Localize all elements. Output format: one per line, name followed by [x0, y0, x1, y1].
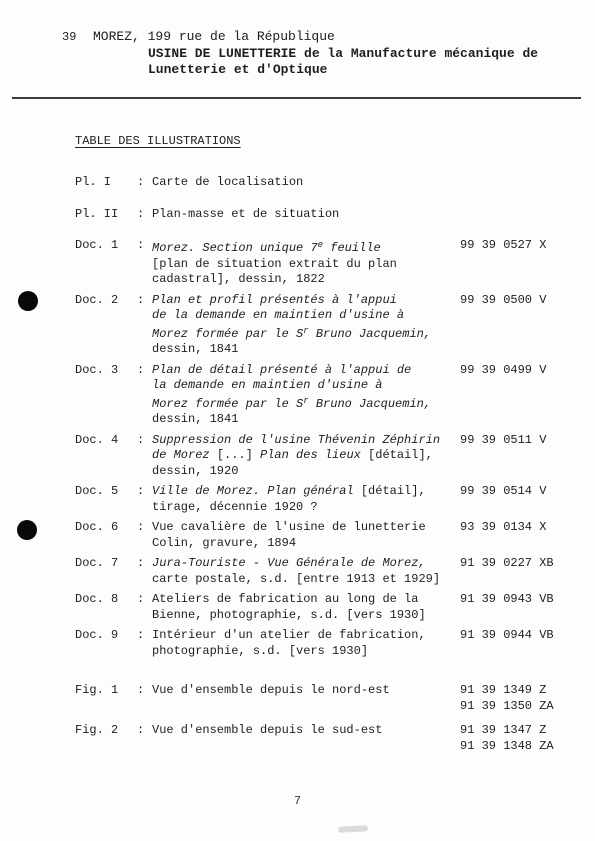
entry-label: Doc. 7 [75, 556, 137, 572]
entry-reference-codes: 99 39 0499 V [460, 363, 587, 379]
entry-label: Fig. 1 [75, 683, 137, 699]
description-line: Ville de Morez. Plan général [détail], [152, 484, 460, 500]
entry-label: Doc. 4 [75, 433, 137, 449]
entry-description: Ateliers de fabrication au long de laBie… [152, 592, 460, 623]
scan-artifact-mark [338, 825, 368, 833]
reference-code: 99 39 0499 V [460, 363, 587, 379]
description-line: Plan et profil présentés à l'appui [152, 293, 460, 309]
punch-hole-mark-bottom [17, 520, 37, 540]
entry-separator: : [137, 207, 152, 223]
entry-label: Doc. 5 [75, 484, 137, 500]
entry-reference-codes: 91 39 0944 VB [460, 628, 587, 644]
reference-code: 91 39 0943 VB [460, 592, 587, 608]
dossier-index: 39 [62, 29, 76, 46]
entry-separator: : [137, 556, 152, 572]
entry-reference-codes: 99 39 0527 X [460, 238, 587, 254]
entry-description: Vue d'ensemble depuis le nord-est [152, 683, 460, 699]
description-line: carte postale, s.d. [entre 1913 et 1929] [152, 572, 460, 588]
entry-separator: : [137, 484, 152, 500]
entry-separator: : [137, 175, 152, 191]
description-line: la demande en maintien d'usine à [152, 378, 460, 394]
entry-doc-3: Doc. 3:Plan de détail présenté à l'appui… [75, 363, 587, 428]
entry-description: Vue cavalière de l'usine de lunetterieCo… [152, 520, 460, 551]
entry-description: Suppression de l'usine Thévenin Zéphirin… [152, 433, 460, 480]
description-line: Plan-masse et de situation [152, 207, 460, 223]
site-title-line-2: Lunetterie et d'Optique [148, 62, 578, 79]
entry-doc-7: Doc. 7:Jura-Touriste - Vue Générale de M… [75, 556, 587, 587]
entry-description: Plan de détail présenté à l'appui dela d… [152, 363, 460, 428]
entry-doc-9: Doc. 9:Intérieur d'un atelier de fabrica… [75, 628, 587, 659]
entry-doc-6: Doc. 6:Vue cavalière de l'usine de lunet… [75, 520, 587, 551]
entry-description: Morez. Section unique 7e feuille[plan de… [152, 238, 460, 288]
site-title-line-1: USINE DE LUNETTERIE de la Manufacture mé… [148, 46, 578, 63]
entry-reference-codes: 91 39 1349 Z91 39 1350 ZA [460, 683, 587, 714]
entry-description: Intérieur d'un atelier de fabrication,ph… [152, 628, 460, 659]
description-line: Morez. Section unique 7e feuille [152, 238, 460, 257]
entry-fig-2: Fig. 2:Vue d'ensemble depuis le sud-est9… [75, 723, 587, 754]
site-title: USINE DE LUNETTERIE de la Manufacture mé… [148, 46, 578, 79]
entry-label: Fig. 2 [75, 723, 137, 739]
reference-code: 99 39 0514 V [460, 484, 587, 500]
entry-description: Plan-masse et de situation [152, 207, 460, 223]
reference-code: 91 39 0944 VB [460, 628, 587, 644]
entry-doc-2: Doc. 2:Plan et profil présentés à l'appu… [75, 293, 587, 358]
description-line: Intérieur d'un atelier de fabrication, [152, 628, 460, 644]
entry-pl-i: Pl. I:Carte de localisation [75, 175, 587, 191]
description-line: Morez formée par le Sr Bruno Jacquemin, [152, 394, 460, 413]
entry-reference-codes: 91 39 0227 XB [460, 556, 587, 572]
reference-code: 91 39 1348 ZA [460, 739, 587, 755]
entry-reference-codes: 99 39 0500 V [460, 293, 587, 309]
reference-code: 91 39 1349 Z [460, 683, 587, 699]
entry-reference-codes: 93 39 0134 X [460, 520, 587, 536]
entry-separator: : [137, 520, 152, 536]
scanned-document-page: 39 MOREZ, 199 rue de la République USINE… [0, 0, 595, 841]
entry-description: Vue d'ensemble depuis le sud-est [152, 723, 460, 739]
entry-label: Doc. 8 [75, 592, 137, 608]
entry-separator: : [137, 683, 152, 699]
entry-separator: : [137, 628, 152, 644]
entry-description: Plan et profil présentés à l'appuide la … [152, 293, 460, 358]
site-address: MOREZ, 199 rue de la République [93, 29, 335, 46]
entry-fig-1: Fig. 1:Vue d'ensemble depuis le nord-est… [75, 683, 587, 714]
description-line: Carte de localisation [152, 175, 460, 191]
entry-description: Jura-Touriste - Vue Générale de Morez,ca… [152, 556, 460, 587]
description-line: dessin, 1920 [152, 464, 460, 480]
description-line: cadastral], dessin, 1822 [152, 272, 460, 288]
entry-separator: : [137, 723, 152, 739]
entry-doc-1: Doc. 1:Morez. Section unique 7e feuille[… [75, 238, 587, 288]
description-line: tirage, décennie 1920 ? [152, 500, 460, 516]
entry-label: Doc. 1 [75, 238, 137, 254]
reference-code: 99 39 0500 V [460, 293, 587, 309]
description-line: Plan de détail présenté à l'appui de [152, 363, 460, 379]
reference-code: 99 39 0511 V [460, 433, 587, 449]
entry-reference-codes: 91 39 1347 Z91 39 1348 ZA [460, 723, 587, 754]
entry-description: Ville de Morez. Plan général [détail],ti… [152, 484, 460, 515]
description-line: de la demande en maintien d'usine à [152, 308, 460, 324]
entry-separator: : [137, 238, 152, 254]
entry-reference-codes: 99 39 0511 V [460, 433, 587, 449]
description-line: dessin, 1841 [152, 412, 460, 428]
entry-description: Carte de localisation [152, 175, 460, 191]
entry-doc-8: Doc. 8:Ateliers de fabrication au long d… [75, 592, 587, 623]
entry-separator: : [137, 363, 152, 379]
reference-code: 99 39 0527 X [460, 238, 587, 254]
entry-label: Pl. I [75, 175, 137, 191]
reference-code: 91 39 1347 Z [460, 723, 587, 739]
description-line: Vue d'ensemble depuis le nord-est [152, 683, 460, 699]
entry-label: Doc. 3 [75, 363, 137, 379]
description-line: dessin, 1841 [152, 342, 460, 358]
reference-code: 91 39 1350 ZA [460, 699, 587, 715]
description-line: photographie, s.d. [vers 1930] [152, 644, 460, 660]
description-line: Ateliers de fabrication au long de la [152, 592, 460, 608]
description-line: Vue d'ensemble depuis le sud-est [152, 723, 460, 739]
entry-separator: : [137, 293, 152, 309]
entry-label: Pl. II [75, 207, 137, 223]
entry-label: Doc. 9 [75, 628, 137, 644]
entry-doc-4: Doc. 4:Suppression de l'usine Thévenin Z… [75, 433, 587, 480]
entry-doc-5: Doc. 5:Ville de Morez. Plan général [dét… [75, 484, 587, 515]
entry-reference-codes: 99 39 0514 V [460, 484, 587, 500]
description-line: [plan de situation extrait du plan [152, 257, 460, 273]
reference-code: 93 39 0134 X [460, 520, 587, 536]
entry-label: Doc. 6 [75, 520, 137, 536]
page-number: 7 [0, 794, 595, 810]
header-divider [12, 97, 581, 99]
description-line: Vue cavalière de l'usine de lunetterie [152, 520, 460, 536]
punch-hole-mark-top [18, 291, 38, 311]
description-line: Colin, gravure, 1894 [152, 536, 460, 552]
description-line: de Morez [...] Plan des lieux [détail], [152, 448, 460, 464]
description-line: Suppression de l'usine Thévenin Zéphirin [152, 433, 460, 449]
entry-separator: : [137, 592, 152, 608]
illustrations-list: Pl. I:Carte de localisationPl. II:Plan-m… [75, 175, 587, 763]
reference-code: 91 39 0227 XB [460, 556, 587, 572]
entry-separator: : [137, 433, 152, 449]
entry-pl-ii: Pl. II:Plan-masse et de situation [75, 207, 587, 223]
section-title: TABLE DES ILLUSTRATIONS [75, 134, 241, 150]
description-line: Jura-Touriste - Vue Générale de Morez, [152, 556, 460, 572]
description-line: Bienne, photographie, s.d. [vers 1930] [152, 608, 460, 624]
entry-reference-codes: 91 39 0943 VB [460, 592, 587, 608]
description-line: Morez formée par le Sr Bruno Jacquemin, [152, 324, 460, 343]
entry-label: Doc. 2 [75, 293, 137, 309]
